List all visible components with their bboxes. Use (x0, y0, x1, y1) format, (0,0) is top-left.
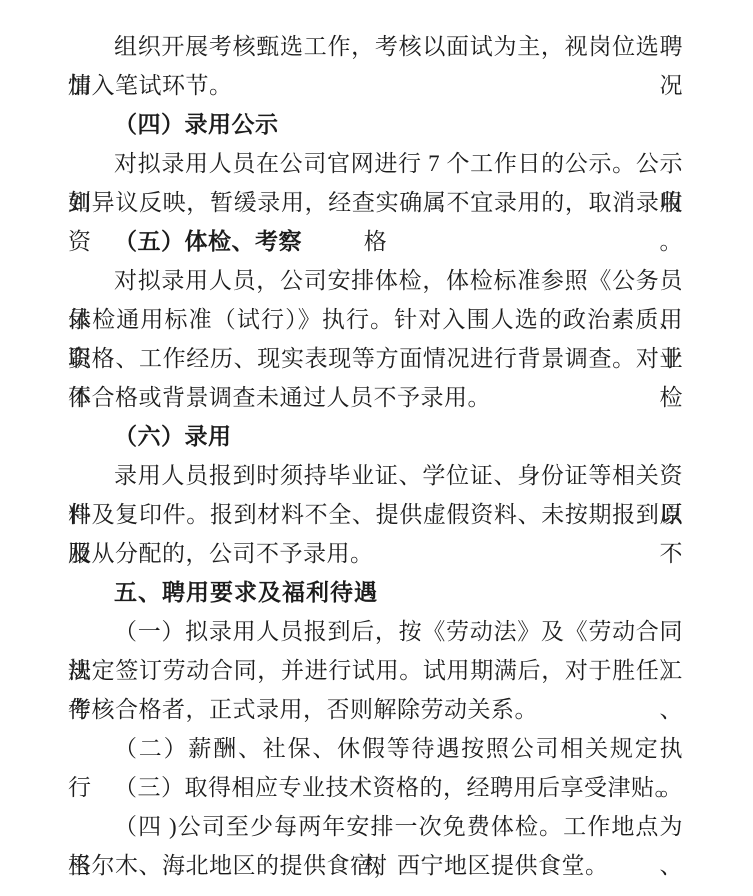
paragraph-line: 资格、工作经历、现实表现等方面情况进行背景调查。对于体检 (68, 339, 683, 378)
paragraph-line: 录用人员报到时须持毕业证、学位证、身份证等相关资料原 (68, 456, 683, 495)
section-heading-6: （六）录用 (68, 417, 683, 456)
document-page: 组织开展考核甄选工作，考核以面试为主，视岗位选聘情况 加入笔试环节。 （四）录用… (0, 0, 753, 896)
paragraph-line: （四 )公司至少每两年安排一次免费体检。工作地点为玉树、 (68, 807, 683, 846)
part-heading-5: 五、聘用要求及福利待遇 (68, 573, 683, 612)
paragraph-line: （三）取得相应专业技术资格的，经聘用后享受津贴。 (68, 768, 683, 807)
paragraph-line: 组织开展考核甄选工作，考核以面试为主，视岗位选聘情况 (68, 27, 683, 66)
paragraph-line: （二）薪酬、社保、休假等待遇按照公司相关规定执行。 (68, 729, 683, 768)
paragraph-line: 体检通用标准（试行）》执行。针对入围人选的政治素质、职业 (68, 300, 683, 339)
paragraph-line: 对拟录用人员，公司安排体检，体检标准参照《公务员录用 (68, 261, 683, 300)
paragraph-line: 格尔木、海北地区的提供食宿，西宁地区提供食堂。 (68, 846, 683, 885)
section-heading-4: （四）录用公示 (68, 105, 683, 144)
paragraph-line: 规定签订劳动合同，并进行试用。试用期满后，对于胜任工作、 (68, 651, 683, 690)
paragraph-line: 到异议反映，暂缓录用，经查实确属不宜录用的，取消录用资格。 (68, 183, 683, 222)
paragraph-line: 件及复印件。报到材料不全、提供虚假资料、未按期报到以及不 (68, 495, 683, 534)
paragraph-line: （一）拟录用人员报到后，按《劳动法》及《劳动合同法》 (68, 612, 683, 651)
paragraph-line: 对拟录用人员在公司官网进行 7 个工作日的公示。公示如收 (68, 144, 683, 183)
